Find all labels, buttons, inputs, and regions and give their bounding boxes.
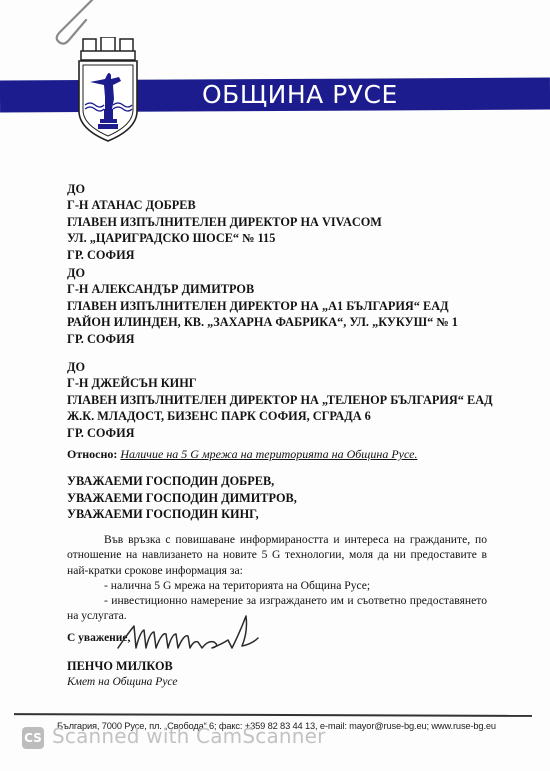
recipient-address: РАЙОН ИЛИНДЕН, КВ. „ЗАХАРНА ФАБРИКА“, УЛ… — [67, 314, 458, 330]
recipient-position: ГЛАВЕН ИЗПЪЛНИТЕЛЕН ДИРЕКТОР НА „А1 БЪЛГ… — [67, 298, 458, 314]
salutation-line: УВАЖАЕМИ ГОСПОДИН ДОБРЕВ, — [67, 473, 297, 490]
recipient-block-2: ДО Г-Н АЛЕКСАНДЪР ДИМИТРОВ ГЛАВЕН ИЗПЪЛН… — [67, 265, 458, 347]
organization-name: ОБЩИНА РУСЕ — [202, 78, 398, 112]
recipient-city: ГР. СОФИЯ — [67, 425, 493, 441]
subject-text: Наличие на 5 G мрежа на територията на О… — [120, 447, 417, 461]
recipient-position: ГЛАВЕН ИЗПЪЛНИТЕЛЕН ДИРЕКТОР НА VIVACOM — [67, 214, 382, 230]
recipient-city: ГР. СОФИЯ — [67, 331, 458, 347]
signer-title: Кмет на Община Русе — [67, 676, 177, 688]
recipient-position: ГЛАВЕН ИЗПЪЛНИТЕЛЕН ДИРЕКТОР НА „ТЕЛЕНОР… — [67, 392, 493, 408]
recipient-block-1: ДО Г-Н АТАНАС ДОБРЕВ ГЛАВЕН ИЗПЪЛНИТЕЛЕН… — [67, 181, 382, 263]
salutation-line: УВАЖАЕМИ ГОСПОДИН ДИМИТРОВ, — [67, 490, 297, 507]
handwritten-signature-icon — [112, 612, 277, 662]
salutation-line: УВАЖАЕМИ ГОСПОДИН КИНГ, — [67, 506, 297, 523]
ruse-coat-of-arms-icon — [77, 37, 139, 143]
body-paragraph: Във връзка с повишаване информираността … — [67, 532, 487, 578]
recipient-address: Ж.К. МЛАДОСТ, БИЗЕНС ПАРК СОФИЯ, СГРАДА … — [67, 408, 493, 424]
subject-label: Относно: — [67, 447, 117, 461]
letter-body: Във връзка с повишаване информираността … — [67, 532, 487, 624]
recipient-city: ГР. СОФИЯ — [67, 247, 382, 263]
recipient-to: ДО — [67, 265, 458, 281]
salutation: УВАЖАЕМИ ГОСПОДИН ДОБРЕВ, УВАЖАЕМИ ГОСПО… — [67, 473, 297, 523]
subject-line: Относно: Наличие на 5 G мрежа на територ… — [67, 447, 417, 462]
signer-name: ПЕНЧО МИЛКОВ — [67, 659, 173, 674]
recipient-block-3: ДО Г-Н ДЖЕЙСЪН КИНГ ГЛАВЕН ИЗПЪЛНИТЕЛЕН … — [67, 359, 493, 441]
camscanner-watermark: Scanned with CamScanner — [52, 724, 326, 748]
recipient-name: Г-Н АТАНАС ДОБРЕВ — [67, 197, 382, 213]
recipient-name: Г-Н ДЖЕЙСЪН КИНГ — [67, 375, 493, 391]
footer-divider — [14, 713, 532, 716]
recipient-name: Г-Н АЛЕКСАНДЪР ДИМИТРОВ — [67, 281, 458, 297]
recipient-to: ДО — [67, 181, 382, 197]
recipient-to: ДО — [67, 359, 493, 375]
camscanner-logo-icon: CS — [22, 727, 44, 749]
recipient-address: УЛ. „ЦАРИГРАДСКО ШОСЕ“ № 115 — [67, 230, 382, 246]
body-bullet: - налична 5 G мрежа на територията на Об… — [67, 578, 487, 593]
